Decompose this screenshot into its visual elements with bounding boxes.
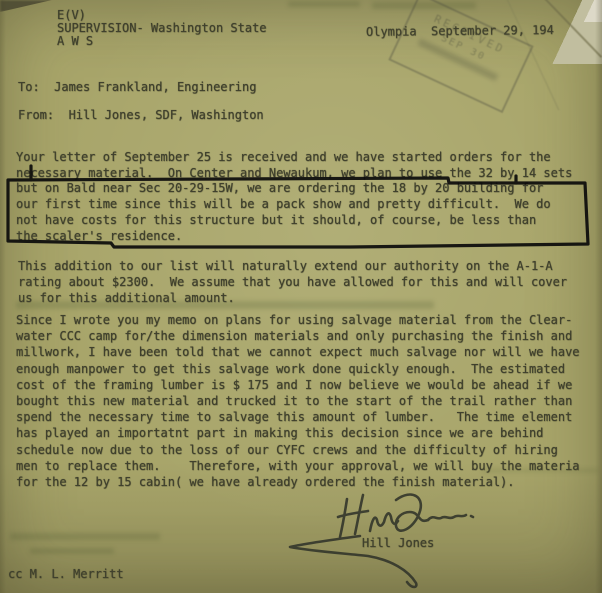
photo-dark-corner (0, 0, 52, 12)
paragraph-3: Since I wrote you my memo on plans for u… (16, 312, 580, 490)
header-initials-line: A W S (57, 34, 93, 50)
bleed-through-smudge (30, 548, 114, 554)
bleed-through-smudge (288, 1, 360, 7)
received-stamp: RECEIVED SEP 30 (388, 0, 533, 113)
from-line: From: Hill Jones, SDF, Washington (18, 108, 264, 124)
paper-edge-shadow-right (595, 0, 602, 593)
paper-edge-shadow-left (0, 0, 6, 593)
paragraph-1: Your letter of September 25 is received … (16, 150, 572, 244)
signature-typed: Hill Jones (362, 536, 434, 552)
bleed-through-smudge (10, 533, 160, 540)
to-line: To: James Frankland, Engineering (18, 80, 256, 96)
letter-photo: RECEIVED SEP 30 E(V) SUPERVISION- Washin… (0, 0, 602, 593)
dateline: Olympia September 29, 194 (366, 23, 554, 41)
cc-line: cc M. L. Merritt (8, 567, 124, 583)
paragraph-2: This addition to our list will naturally… (18, 258, 567, 306)
